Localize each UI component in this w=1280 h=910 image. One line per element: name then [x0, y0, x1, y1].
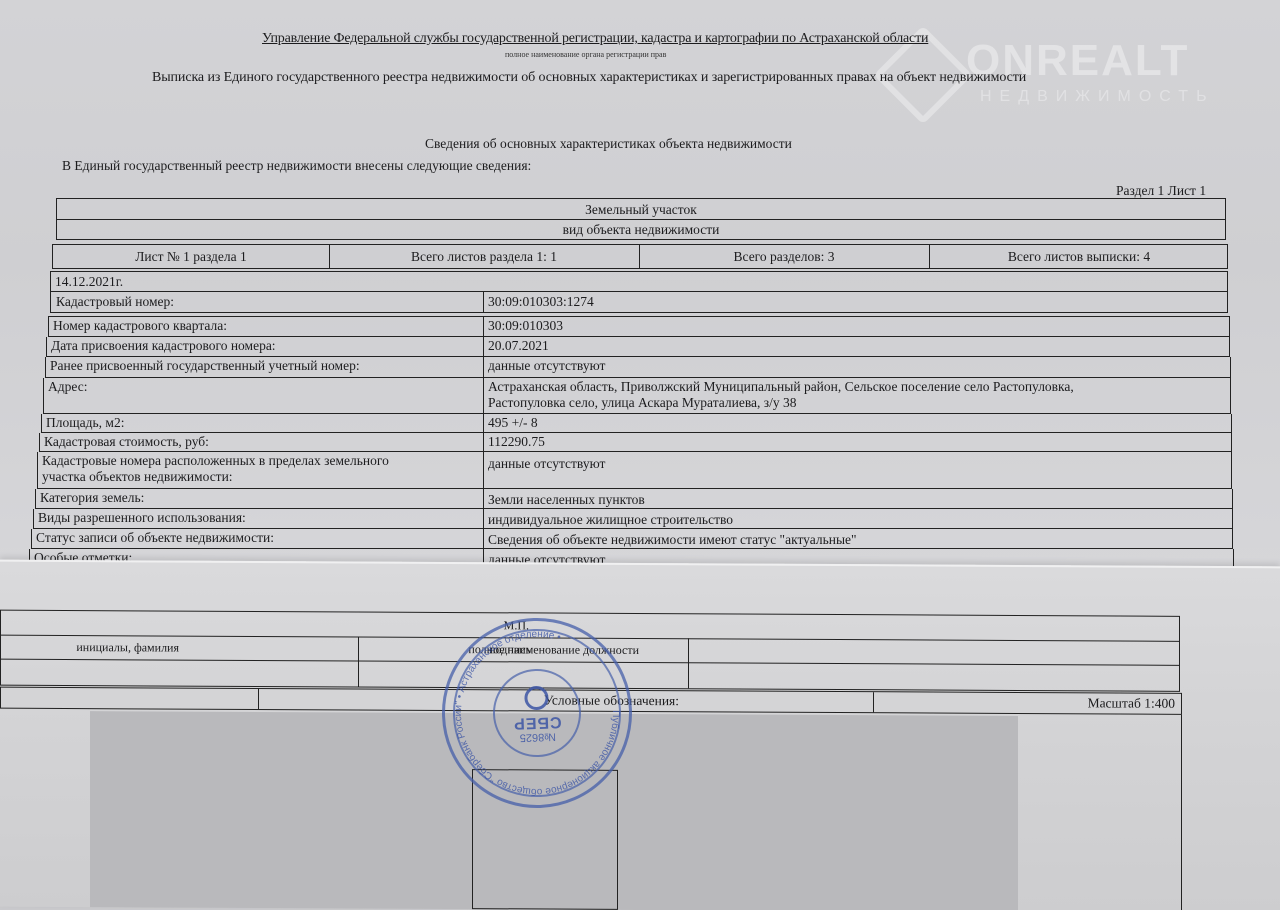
object-type: Земельный участок — [57, 202, 1225, 218]
extract-page-bottom-upside-down: полное наименование должности инициалы, … — [0, 560, 1280, 910]
detail-row-cadastral-value: Кадастровая стоимость, руб: 112290.75 — [39, 433, 1232, 452]
bank-stamp: Публичное акционерное общество "Сбербанк… — [439, 615, 636, 812]
cadastral-number-label: Кадастровый номер: — [56, 294, 174, 310]
detail-row-area: Площадь, м2: 495 +/- 8 — [41, 414, 1232, 433]
detail-row-land-category: Категория земель: Земли населенных пункт… — [35, 489, 1233, 509]
watermark-subtitle: НЕДВИЖИМОСТЬ — [980, 88, 1215, 106]
scale-label: Масштаб 1:400 — [874, 694, 1181, 712]
document-title: Выписка из Единого государственного реес… — [152, 70, 1026, 86]
object-type-box: Земельный участок вид объекта недвижимос… — [56, 198, 1226, 240]
date-cadastral-box: 14.12.2021г. Кадастровый номер: 30:09:01… — [50, 271, 1228, 313]
detail-row-contained-objects: Кадастровые номера расположенных в преде… — [37, 452, 1232, 489]
sber-logo-icon — [524, 686, 549, 711]
section-sheets-total: Всего листов раздела 1: 1 — [329, 249, 639, 265]
extract-sheets-total: Всего листов выписки: 4 — [929, 249, 1229, 265]
detail-row-permitted-use: Виды разрешенного использования: индивид… — [33, 509, 1233, 529]
section-intro: В Единый государственный реестр недвижим… — [62, 158, 531, 174]
cadastral-number-value: 30:09:010303:1274 — [488, 294, 594, 310]
detail-row-address: Адрес: Астраханская область, Приволжский… — [43, 378, 1231, 414]
organization-caption: полное наименование органа регистрации п… — [505, 50, 666, 59]
sheet-number: Лист № 1 раздела 1 — [53, 249, 329, 265]
object-type-caption: вид объекта недвижимости — [57, 222, 1225, 238]
plan-frame-left — [1181, 715, 1182, 910]
sections-total: Всего разделов: 3 — [639, 249, 929, 265]
organization-name: Управление Федеральной службы государств… — [262, 31, 928, 47]
detail-row-assign-date: Дата присвоения кадастрового номера: 20.… — [46, 337, 1230, 357]
section-reference: Раздел 1 Лист 1 — [1116, 183, 1206, 199]
detail-row-record-status: Статус записи об объекте недвижимости: С… — [31, 529, 1233, 549]
detail-row-previous-number: Ранее присвоенный государственный учетны… — [45, 357, 1231, 378]
detail-row-quarter: Номер кадастрового квартала: 30:09:01030… — [48, 316, 1230, 337]
name-caption: инициалы, фамилия — [76, 640, 179, 656]
section-title: Сведения об основных характеристиках объ… — [425, 136, 792, 152]
extract-page-top: ONREALT НЕДВИЖИМОСТЬ Управление Федераль… — [0, 0, 1280, 580]
sheet-info-row: Лист № 1 раздела 1 Всего листов раздела … — [52, 244, 1228, 269]
extract-date: 14.12.2021г. — [55, 274, 123, 290]
